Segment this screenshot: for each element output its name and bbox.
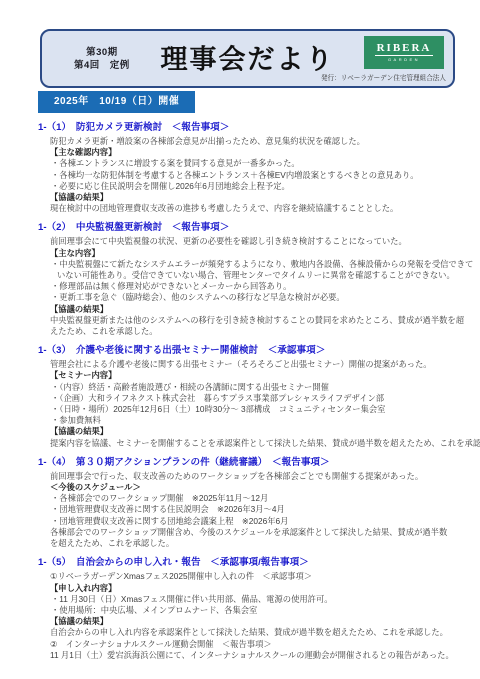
section-line-label: 【申し入れ内容】 — [50, 583, 473, 594]
section-line-plain: 前回理事会で行った、収支改善のためのワークショップを各棟部会ごとでも開催する提案… — [50, 471, 473, 482]
section-line-bullet: ・11 月30日（日）Xmasフェス開催に伴い共用部、備品、電源の使用許可。 — [51, 594, 473, 605]
section-line-plain: 現在検討中の団地管理費収支改善の進捗も考慮したうえで、内容を継続協議することとし… — [50, 203, 473, 214]
section-line-label: 【主な確認内容】 — [50, 147, 473, 158]
publisher-line: 発行：リベーラガーデン住宅管理組合法人 — [321, 72, 446, 82]
logo-sub-text: GARDEN — [388, 57, 420, 63]
section-heading: 1-（3） 介護や老後に関する出張セミナー開催検討 ＜承認事項＞ — [38, 345, 473, 357]
section-line-bullet: ・更新工事を急ぐ（臨時総会）、他のシステムへの移行など早急な検討が必要。 — [51, 292, 473, 303]
section-line-bullet: ・（企画）大和ライフネクスト株式会社 暮らすプラス事業部プレシャスライフデザイン… — [51, 393, 473, 404]
term-meeting: 第4回 定例 — [74, 59, 130, 72]
section-line-plain: 前回理事会にて中央監視盤の状況、更新の必要性を確認し引き続き検討することになって… — [50, 236, 473, 247]
newsletter-header: 第30期 第4回 定例 理事会だより RIBERA GARDEN 発行：リベーラ… — [40, 29, 455, 88]
section-line-bullet: ・各棟均一な防犯体制を考慮すると各棟エントランス＋各棟EV内増設案とするべきとの… — [51, 170, 473, 181]
section-line-bullet: ・参加費無料 — [51, 415, 473, 426]
section-heading: 1-（4） 第３０期アクションプランの件（継続審議） ＜報告事項＞ — [38, 457, 473, 469]
section-line-bullet: ・必要に応じ住民説明会を開催し2026年6月団地総会上程予定。 — [51, 181, 473, 192]
section-line-label: 【協議の結果】 — [50, 192, 473, 203]
section-heading: 1-（1） 防犯カメラ更新検討 ＜報告事項＞ — [38, 122, 473, 134]
section-line-label: 【主な内容】 — [50, 248, 473, 259]
issue-term: 第30期 第4回 定例 — [74, 46, 130, 72]
section-line-bullet: ・（内容）終活・高齢者施設選び・相続の各講師に関する出張セミナー開催 — [51, 382, 473, 393]
section-line-bullet: ・（日時・場所）2025年12月6日（土）10時30分～ 3部構成 コミュニティ… — [51, 404, 473, 415]
page-title: 理事会だより — [161, 38, 335, 77]
section-line-label: 【協議の結果】 — [50, 426, 473, 437]
section-line-plain: えたため、これを承認した。 — [50, 326, 473, 337]
section-line-label: 【協議の結果】 — [50, 304, 473, 315]
section-line-bullet: ・修理部品は無く修理対応ができないとメーカーから回答あり。 — [51, 281, 473, 292]
section-line-plain: 各棟部会でのワークショップ開催含め、今後のスケジュールを承認案件として採決した結… — [50, 527, 473, 538]
section: 1-（5） 自治会からの申し入れ・報告 ＜承認事項/報告事項＞①リベーラガーデン… — [38, 557, 473, 661]
section-line-bullet: ・使用場所：中央広場、メインプロムナード、各集会室 — [51, 605, 473, 616]
section-line-plain: ② インターナショナルスクール運動会開催 ＜報告事項＞ — [50, 639, 473, 650]
section: 1-（1） 防犯カメラ更新検討 ＜報告事項＞防犯カメラ更新・増設案の各棟部会意見… — [38, 122, 473, 214]
section-line-plain: を超えたため、これを承認した。 — [50, 538, 473, 549]
section: 1-（3） 介護や老後に関する出張セミナー開催検討 ＜承認事項＞管理会社による介… — [38, 345, 473, 449]
section-line-bullet: ・団地管理費収支改善に関する団地総会議案上程 ※2026年6月 — [51, 516, 473, 527]
ribera-logo: RIBERA GARDEN — [364, 36, 444, 69]
sections-container: 1-（1） 防犯カメラ更新検討 ＜報告事項＞防犯カメラ更新・増設案の各棟部会意見… — [38, 114, 473, 661]
section-line-bullet: ・中央監視盤にて新たなシステムエラーが頻発するようになり、敷地内各設備、各棟設備… — [51, 259, 473, 270]
newsletter-page: 第30期 第4回 定例 理事会だより RIBERA GARDEN 発行：リベーラ… — [0, 0, 480, 679]
section-line-cont: いない可能性あり。受信できていない場合、管理センターでタイムリーに異常を確認する… — [57, 270, 473, 281]
section-line-label: 【協議の結果】 — [50, 616, 473, 627]
section-line-plain: 管理会社による介護や老後に関する出張セミナー（そろそろごと出張セミナー）開催の提… — [50, 359, 473, 370]
term-period: 第30期 — [74, 46, 130, 59]
section: 1-（2） 中央監視盤更新検討 ＜報告事項＞前回理事会にて中央監視盤の状況、更新… — [38, 222, 473, 337]
section-line-plain: 自治会からの申し入れ内容を承認案件として採決した結果、賛成が過半数を超えたため、… — [50, 627, 473, 638]
section-line-plain: 中央監視盤更新または他のシステムへの移行を引き続き検討することの賛同を求めたとこ… — [50, 315, 473, 326]
section-line-plain: 提案内容を協議、セミナーを開催することを承認案件として採決した結果、賛成が過半数… — [50, 438, 473, 449]
section: 1-（4） 第３０期アクションプランの件（継続審議） ＜報告事項＞前回理事会で行… — [38, 457, 473, 549]
section-line-label: ＜今後のスケジュール＞ — [50, 482, 473, 493]
section-line-plain: 防犯カメラ更新・増設案の各棟部会意見が出揃ったため、意見集約状況を確認した。 — [50, 136, 473, 147]
section-line-plain: 11 月1日（土）愛宕浜海浜公園にて、インターナショナルスクールの運動会が開催さ… — [50, 650, 473, 661]
meeting-date-banner: 2025年 10/19（日）開催 — [38, 91, 195, 113]
section-line-bullet: ・各棟部会でのワークショップ開催 ※2025年11月～12月 — [51, 493, 473, 504]
section-line-bullet: ・各棟エントランスに増設する案を賛同する意見が一番多かった。 — [51, 158, 473, 169]
section-line-bullet: ・団地管理費収支改善に関する住民説明会 ※2026年3月～4月 — [51, 504, 473, 515]
section-line-label: 【セミナー内容】 — [50, 370, 473, 381]
section-heading: 1-（5） 自治会からの申し入れ・報告 ＜承認事項/報告事項＞ — [38, 557, 473, 569]
section-heading: 1-（2） 中央監視盤更新検討 ＜報告事項＞ — [38, 222, 473, 234]
section-line-plain: ①リベーラガーデンXmasフェス2025開催申し入れの件 ＜承認事項＞ — [50, 571, 473, 582]
logo-brand-text: RIBERA — [375, 43, 434, 56]
